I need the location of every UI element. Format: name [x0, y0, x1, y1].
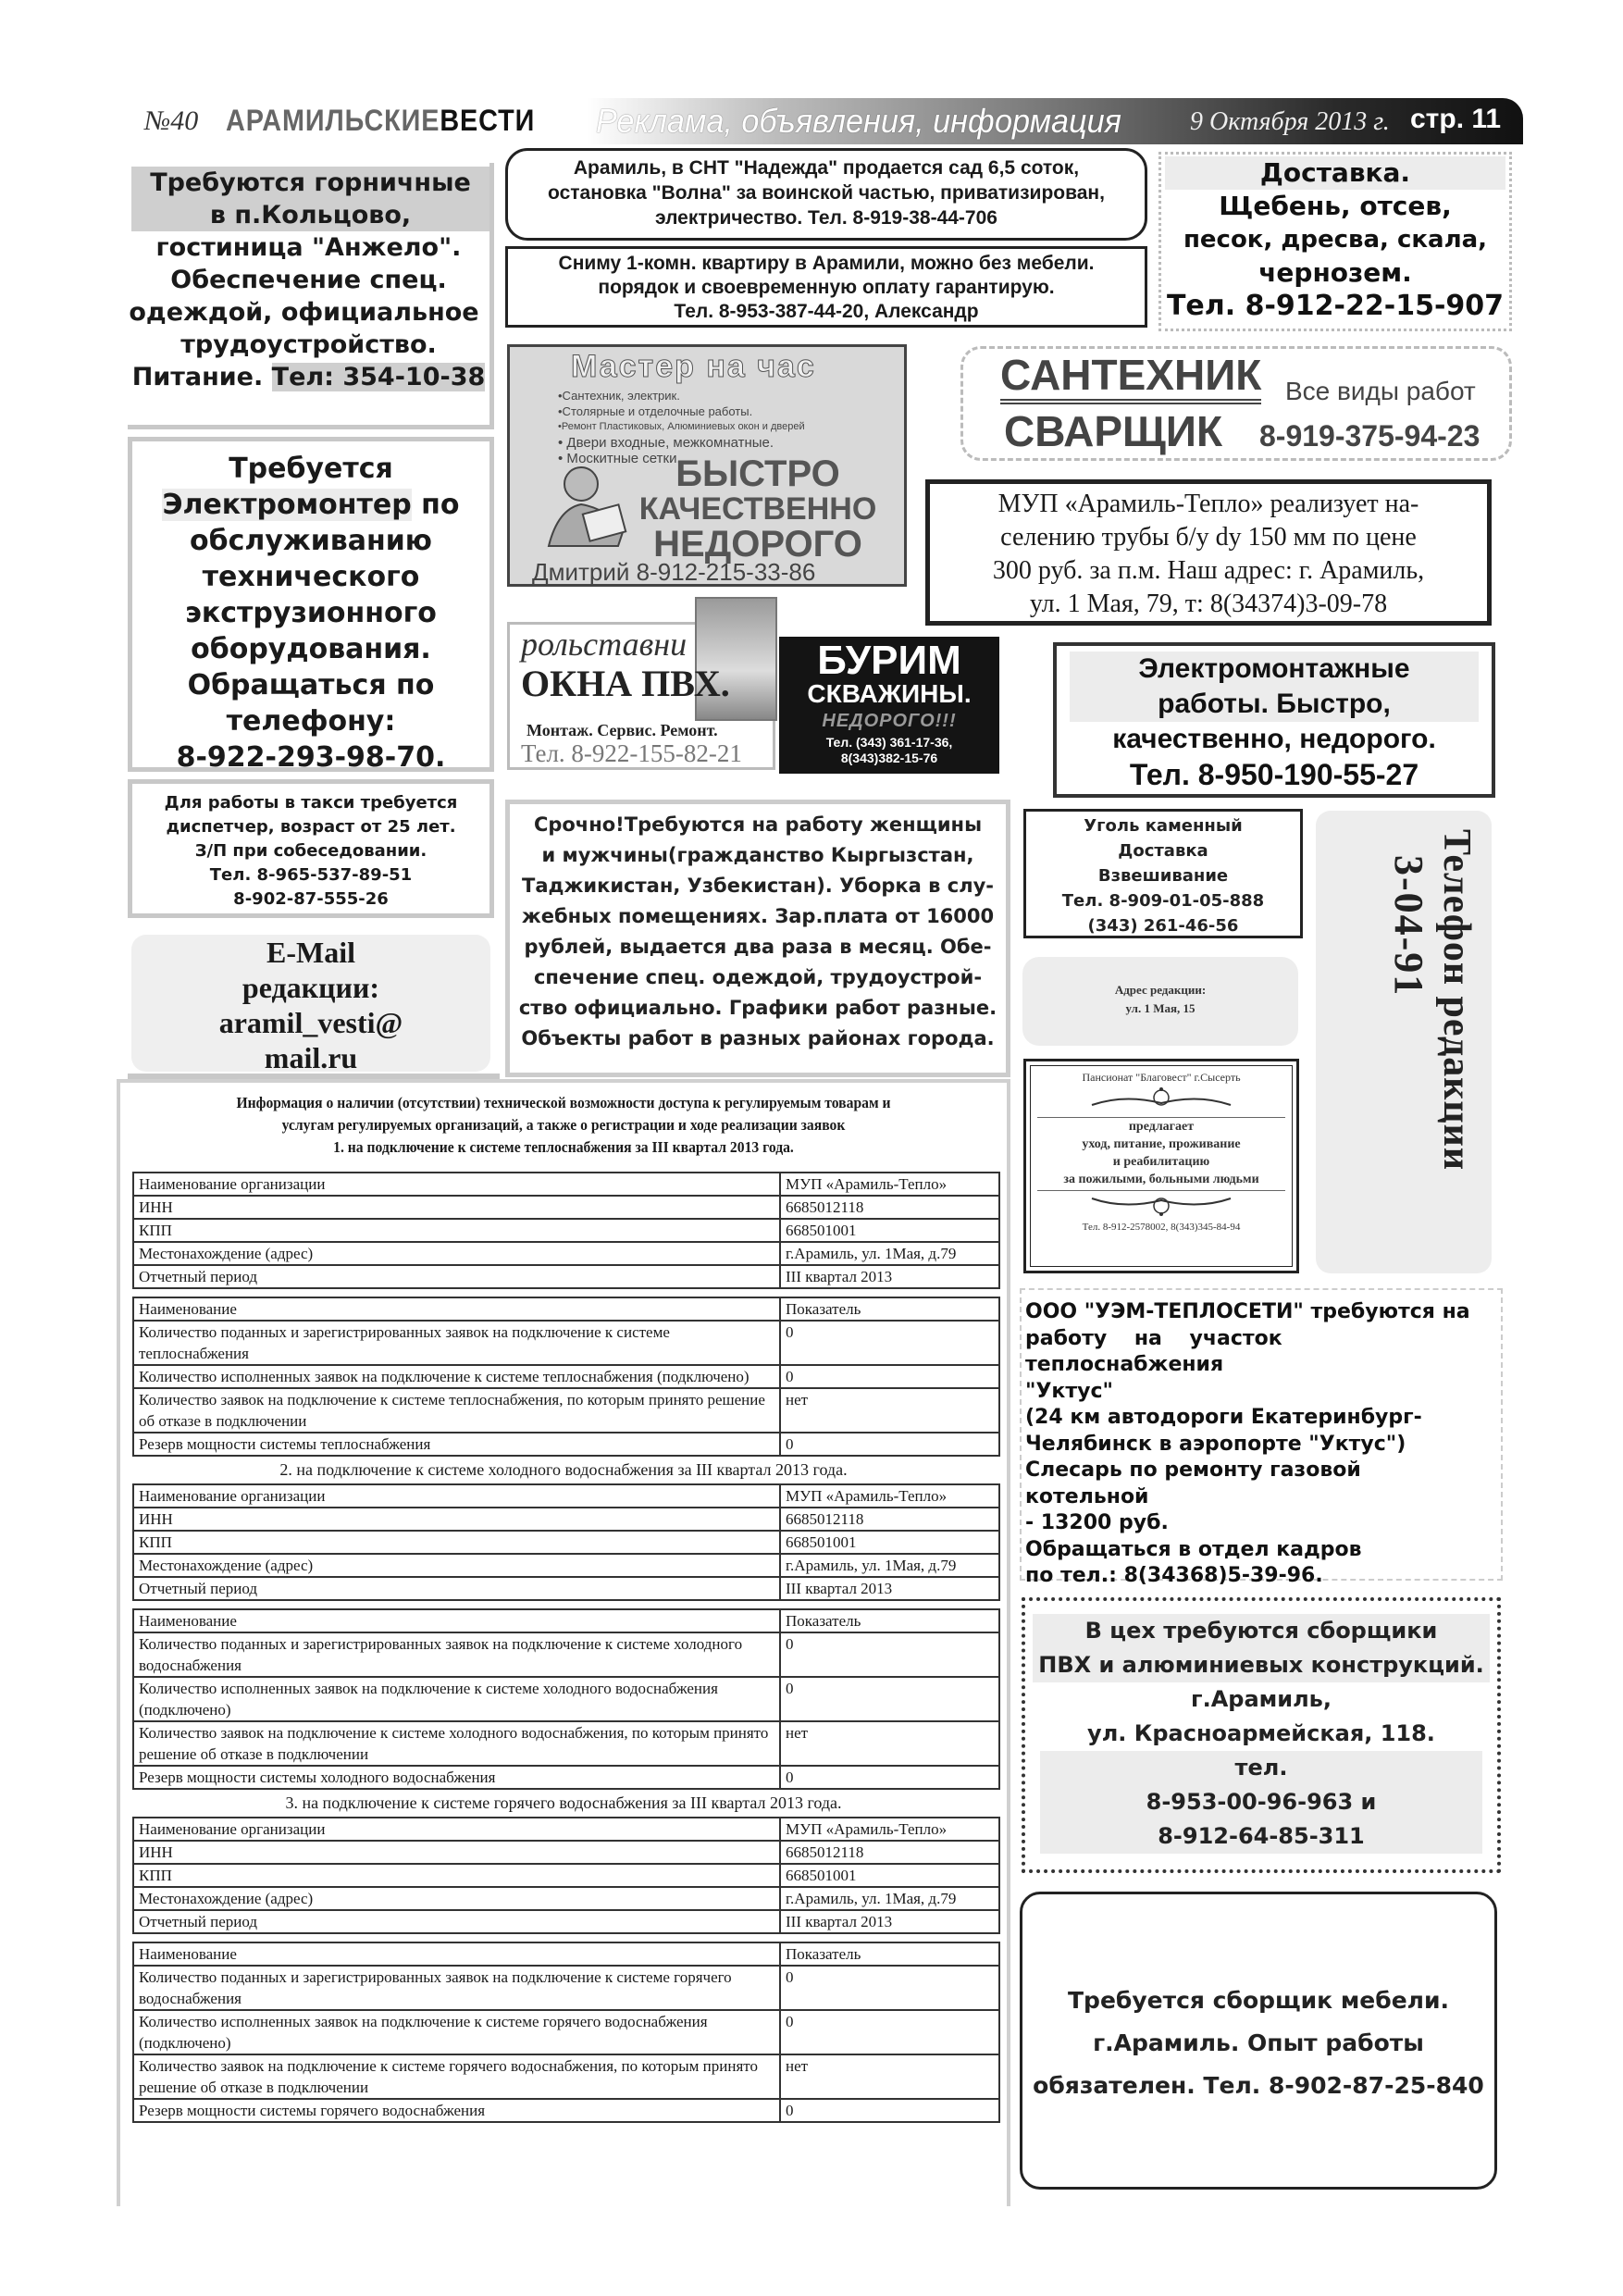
row-value: 668501001 — [780, 1864, 999, 1887]
row-value: МУП «Арамиль-Тепло» — [780, 1818, 999, 1841]
ad-line: ул. 1 Мая, 79, т: 8(34374)3-09-78 — [930, 588, 1487, 621]
ad-rent: Сниму 1-комн. квартиру в Арамили, можно … — [505, 246, 1147, 328]
ad-line: В цех требуются сборщики — [1033, 1614, 1490, 1648]
ad-line: ство официально. Графики работ разные. — [510, 993, 1006, 1024]
ad-coal: Уголь каменный Доставка Взвешивание Тел.… — [1023, 809, 1303, 938]
ad-line: Для работы в такси требуется — [132, 791, 489, 815]
ad-phone: Тел: 354-10-38 — [272, 363, 486, 391]
ad-line: и реабилитацию — [1026, 1153, 1296, 1171]
info-section: 3. на подключение к системе горячего вод… — [120, 1793, 1007, 2123]
row-value: 0 — [780, 1677, 999, 1721]
slogan-line: КАЧЕСТВЕННО — [610, 491, 906, 527]
row-label: Местонахождение (адрес) — [133, 1242, 780, 1265]
row-label: Количество заявок на подключение к систе… — [133, 1721, 780, 1766]
row-label: КПП — [133, 1864, 780, 1887]
row-label: Наименование — [133, 1942, 780, 1966]
ad-line: г.Арамиль. Опыт работы — [1022, 2022, 1494, 2065]
issue-date: 9 Октября 2013 г. — [1190, 107, 1390, 137]
table-row: Наименование организацииМУП «Арамиль-Теп… — [133, 1173, 999, 1196]
windows-services: Монтаж. Сервис. Ремонт. — [527, 721, 718, 740]
indicator-table: НаименованиеПоказательКоличество поданны… — [132, 1942, 1000, 2123]
ad-handyman: Мастер на час •Сантехник, электрик. •Сто… — [507, 344, 907, 587]
ad-phone: электричество. Тел. 8-919-38-44-706 — [508, 205, 1145, 230]
row-value: МУП «Арамиль-Тепло» — [780, 1173, 999, 1196]
ornament-icon — [1087, 1086, 1235, 1112]
ad-line: уход, питание, проживание — [1026, 1136, 1296, 1153]
service-item: • Двери входные, межкомнатные. — [558, 435, 805, 451]
ad-phone: 8-902-87-555-26 — [132, 887, 489, 912]
ad-phone: Тел. 8-912-22-15-907 — [1161, 290, 1509, 323]
row-value: 0 — [780, 1966, 999, 2010]
table-row: Местонахождение (адрес)г.Арамиль, ул. 1М… — [133, 1887, 999, 1910]
row-label: ИНН — [133, 1841, 780, 1864]
section-title: Реклама, объявления, информация — [596, 102, 1121, 141]
handyman-slogan: БЫСТРО КАЧЕСТВЕННО НЕДОРОГО — [610, 456, 906, 562]
ad-line: "Уктус" — [1025, 1379, 1497, 1406]
ad-phone: Тел. (343) 361-17-36, — [779, 735, 999, 751]
wells-title: БУРИМ — [779, 640, 999, 681]
table-row: ИНН6685012118 — [133, 1508, 999, 1531]
ad-line: трудоустройство. — [128, 329, 489, 361]
ad-mup-pipes: МУП «Арамиль-Тепло» реализует на- селени… — [925, 479, 1492, 626]
title-line: 1. на подключение к системе теплоснабжен… — [155, 1136, 971, 1159]
ad-line: редакции: — [131, 970, 490, 1005]
row-value: МУП «Арамиль-Тепло» — [780, 1484, 999, 1508]
ad-line: - 13200 руб. — [1025, 1510, 1497, 1537]
ad-line: Срочно!Требуются на работу женщины — [510, 810, 1006, 840]
ad-line: Электромонтажные — [1070, 652, 1479, 687]
ad-phone: Тел. 8-953-387-44-20, Александр — [508, 300, 1145, 324]
ad-line: Доставка — [1026, 838, 1300, 863]
ad-line: одеждой, официальное — [118, 296, 489, 329]
ad-line: рублей, выдается два раза в месяц. Обе- — [510, 932, 1006, 962]
row-value: 0 — [780, 1321, 999, 1365]
ad-line: оборудования. — [132, 631, 489, 667]
ad-text: по — [412, 489, 460, 521]
table-row: Количество заявок на подключение к систе… — [133, 2054, 999, 2099]
indicator-table: НаименованиеПоказательКоличество поданны… — [132, 1297, 1000, 1457]
plumber-phone: 8-919-375-94-23 — [1259, 419, 1480, 453]
ad-cleaning: Срочно!Требуются на работу женщины и муж… — [505, 800, 1010, 1077]
ad-pension: Пансионат "Благовест" г.Сысерть предлага… — [1023, 1059, 1299, 1273]
ad-line: Слесарь по ремонту газовой — [1025, 1458, 1497, 1484]
ad-line: З/П при собеседовании. — [132, 839, 489, 863]
row-label: Количество поданных и зарегистрированных… — [133, 1321, 780, 1365]
ad-phone: Тел. 8-950-190-55-27 — [1057, 757, 1492, 792]
ad-line: порядок и своевременную оплату гарантиру… — [508, 276, 1145, 300]
row-value: Показатель — [780, 1942, 999, 1966]
editorial-address: Адрес редакции: ул. 1 Мая, 15 — [1022, 957, 1298, 1046]
ad-line: жебных помещениях. Зар.плата от 16000 — [510, 901, 1006, 932]
row-value: 0 — [780, 1433, 999, 1456]
row-value: III квартал 2013 — [780, 1265, 999, 1288]
row-label: Количество исполненных заявок на подключ… — [133, 1677, 780, 1721]
ad-uem-teploseti: ООО "УЭМ-ТЕПЛОСЕТИ" требуются на работу … — [1020, 1288, 1503, 1581]
slogan-line: НЕДОРОГО — [610, 527, 906, 562]
row-value: 6685012118 — [780, 1508, 999, 1531]
ad-line: чернозем. — [1161, 256, 1509, 290]
wells-phones: Тел. (343) 361-17-36, 8(343)382-15-76 — [779, 735, 999, 766]
row-label: ИНН — [133, 1508, 780, 1531]
ad-windows: рольставни ОКНА ПВХ. Монтаж. Сервис. Рем… — [507, 622, 775, 770]
ad-line: экструзионного — [132, 595, 489, 631]
row-value: 668501001 — [780, 1219, 999, 1242]
info-section: Наименование организацииМУП «Арамиль-Теп… — [120, 1159, 1007, 1457]
ad-line: ПВХ и алюминиевых конструкций. — [1033, 1648, 1490, 1682]
ad-line: тел. — [1040, 1751, 1482, 1785]
address-value: ул. 1 Мая, 15 — [1022, 999, 1298, 1018]
ad-phone: 8-922-293-98-70. — [132, 739, 489, 776]
table-row: НаименованиеПоказатель — [133, 1942, 999, 1966]
ad-line: Уголь каменный — [1026, 813, 1300, 838]
row-value: нет — [780, 1388, 999, 1433]
ad-line: (24 км автодороги Екатеринбург- — [1025, 1405, 1497, 1432]
org-table: Наименование организацииМУП «Арамиль-Теп… — [132, 1172, 1000, 1289]
maids-highlight: Требуются горничные в п.Кольцово, — [131, 167, 489, 231]
title-line: услугам регулируемых организаций, а такж… — [155, 1114, 971, 1136]
table-row: Наименование организацииМУП «Арамиль-Теп… — [133, 1818, 999, 1841]
row-label: Наименование организации — [133, 1173, 780, 1196]
ad-phone: 8(343)382-15-76 — [779, 751, 999, 766]
ad-line: спечение спец. одеждой, трудоустрой- — [510, 962, 1006, 993]
row-value: 6685012118 — [780, 1196, 999, 1219]
ad-line: предлагает — [1026, 1118, 1296, 1136]
ad-line: Сниму 1-комн. квартиру в Арамили, можно … — [508, 252, 1145, 276]
wells-slogan: НЕДОРОГО!!! — [779, 707, 999, 735]
electro-highlight: Электромонтажные работы. Быстро, — [1070, 652, 1479, 722]
org-table: Наименование организацииМУП «Арамиль-Теп… — [132, 1817, 1000, 1934]
table-row: Отчетный периодIII квартал 2013 — [133, 1577, 999, 1600]
ad-line: в п.Кольцово, — [131, 199, 489, 231]
ad-line: котельной — [1025, 1484, 1497, 1511]
row-value: г.Арамиль, ул. 1Мая, д.79 — [780, 1242, 999, 1265]
row-value: 0 — [780, 1766, 999, 1789]
table-row: Отчетный периодIII квартал 2013 — [133, 1910, 999, 1933]
ad-line: Питание. Тел: 354-10-38 — [128, 361, 489, 393]
page-header: №40 АРАМИЛЬСКИЕВЕСТИ Реклама, объявления… — [124, 98, 1523, 144]
table-row: Местонахождение (адрес)г.Арамиль, ул. 1М… — [133, 1242, 999, 1265]
ad-line: диспетчер, возраст от 25 лет. — [132, 815, 489, 839]
ad-phone: (343) 261-46-56 — [1026, 913, 1300, 938]
table-row: КПП668501001 — [133, 1531, 999, 1554]
row-value: Показатель — [780, 1297, 999, 1321]
table-row: ИНН6685012118 — [133, 1841, 999, 1864]
ad-line: технического — [132, 559, 489, 595]
email-address[interactable]: aramil_vesti@ — [131, 1005, 490, 1040]
row-label: Местонахождение (адрес) — [133, 1887, 780, 1910]
ad-highlight: Электромонтер — [162, 489, 411, 521]
ad-maids: Требуются горничные в п.Кольцово, гостин… — [128, 163, 494, 429]
handyman-contact: Дмитрий 8-912-215-33-86 — [532, 558, 815, 587]
org-table: Наименование организацииМУП «Арамиль-Теп… — [132, 1483, 1000, 1601]
ad-line: Доставка. — [1165, 156, 1505, 190]
row-value: нет — [780, 1721, 999, 1766]
ad-phone: 8-953-00-96-963 и — [1040, 1785, 1482, 1819]
table-row: Количество поданных и зарегистрированных… — [133, 1966, 999, 2010]
service-item: •Сантехник, электрик. — [558, 388, 805, 403]
editorial-phone-box: Телефон редакции 3-04-91 — [1316, 811, 1492, 1273]
ad-garden: Арамиль, в СНТ "Надежда" продается сад 6… — [505, 148, 1147, 241]
regulatory-info: Информация о наличии (отсутствии) технич… — [117, 1079, 1010, 2206]
row-label: ИНН — [133, 1196, 780, 1219]
ad-phone: 8-912-64-85-311 — [1040, 1819, 1482, 1854]
row-label: Наименование организации — [133, 1484, 780, 1508]
ad-text: Питание. — [132, 363, 264, 391]
table-row: Количество заявок на подключение к систе… — [133, 1721, 999, 1766]
title-line: Информация о наличии (отсутствии) технич… — [155, 1092, 971, 1114]
ad-line: Обращаться по — [132, 667, 489, 703]
row-value: нет — [780, 2054, 999, 2099]
pension-header: Пансионат "Благовест" г.Сысерть — [1026, 1071, 1296, 1085]
ornament-icon — [1087, 1191, 1235, 1217]
table-row: Количество исполненных заявок на подключ… — [133, 1677, 999, 1721]
table-row: Местонахождение (адрес)г.Арамиль, ул. 1М… — [133, 1554, 999, 1577]
row-label: КПП — [133, 1219, 780, 1242]
ad-line: ООО "УЭМ-ТЕПЛОСЕТИ" требуются на — [1025, 1299, 1497, 1326]
ad-line: Щебень, отсев, — [1161, 190, 1509, 223]
table-row: Резерв мощности системы теплоснабжения0 — [133, 1433, 999, 1456]
row-label: Наименование — [133, 1609, 780, 1632]
ad-line: Требуются горничные — [131, 167, 489, 199]
ad-electro-works: Электромонтажные работы. Быстро, качеств… — [1053, 642, 1495, 798]
ad-line: Обеспечение спец. — [128, 264, 489, 296]
row-label: Количество заявок на подключение к систе… — [133, 2054, 780, 2099]
service-item: •Столярные и отделочные работы. — [558, 403, 805, 419]
row-label: Наименование — [133, 1297, 780, 1321]
row-label: Количество заявок на подключение к систе… — [133, 1388, 780, 1433]
ad-line: Объекты работ в разных районах города. — [510, 1024, 1006, 1054]
row-label: Отчетный период — [133, 1910, 780, 1933]
row-value: III квартал 2013 — [780, 1577, 999, 1600]
ad-line: работы. Быстро, — [1070, 687, 1479, 722]
masthead-bold: ВЕСТИ — [440, 104, 535, 137]
ad-line: обслуживанию — [132, 523, 489, 559]
table-row: НаименованиеПоказатель — [133, 1609, 999, 1632]
table-row: Резерв мощности системы горячего водосна… — [133, 2099, 999, 2122]
ad-line: Взвешивание — [1026, 863, 1300, 888]
row-value: 668501001 — [780, 1531, 999, 1554]
table-row: Отчетный периодIII квартал 2013 — [133, 1265, 999, 1288]
table-row: ИНН6685012118 — [133, 1196, 999, 1219]
plumber-note: Все виды работ — [1285, 377, 1476, 406]
page-number: стр. 11 — [1410, 104, 1501, 135]
ad-line: Требуется сборщик мебели. — [1022, 1980, 1494, 2022]
row-label: Количество исполненных заявок на подключ… — [133, 1365, 780, 1388]
table-row: Резерв мощности системы холодного водосн… — [133, 1766, 999, 1789]
info-title: Информация о наличии (отсутствии) технич… — [155, 1083, 971, 1159]
row-label: Количество поданных и зарегистрированных… — [133, 1632, 780, 1677]
windows-phone: Тел. 8-922-155-82-21 — [521, 739, 742, 768]
row-value: 6685012118 — [780, 1841, 999, 1864]
windows-script: рольставни — [521, 625, 687, 664]
handyman-title: Мастер на час — [571, 349, 816, 385]
wells-subtitle: СКВАЖИНЫ. — [779, 681, 999, 707]
ad-phone: по тел.: 8(34368)5-39-96. — [1025, 1563, 1497, 1590]
table-row: Количество исполненных заявок на подключ… — [133, 1365, 999, 1388]
row-value: г.Арамиль, ул. 1Мая, д.79 — [780, 1554, 999, 1577]
ad-line: Требуется — [132, 451, 489, 487]
ad-line: гостиница "Анжело". — [128, 231, 489, 264]
welder-title: СВАРЩИК — [1004, 408, 1222, 454]
ad-phone: Тел. 8-965-537-89-51 — [132, 863, 489, 887]
ad-line: 300 руб. за п.м. Наш адрес: г. Арамиль, — [930, 554, 1487, 588]
ad-line: песок, дресва, скала, — [1161, 223, 1509, 256]
ad-electrician-job: Требуется Электромонтер по обслуживанию … — [128, 437, 494, 772]
ad-line: Электромонтер по — [132, 487, 489, 523]
row-value: 0 — [780, 2099, 999, 2122]
ad-line: за пожилыми, больными людьми — [1026, 1171, 1296, 1188]
ad-pvc-workshop: В цех требуются сборщики ПВХ и алюминиев… — [1022, 1597, 1501, 1873]
masthead: АРАМИЛЬСКИЕВЕСТИ — [226, 104, 535, 138]
ad-line: Челябинск в аэропорте "Уктус") — [1025, 1432, 1497, 1458]
row-value: 0 — [780, 2010, 999, 2054]
pvc-phones: тел. 8-953-00-96-963 и 8-912-64-85-311 — [1040, 1751, 1482, 1854]
indicator-table: НаименованиеПоказательКоличество поданны… — [132, 1608, 1000, 1790]
table-row: Количество исполненных заявок на подключ… — [133, 2010, 999, 2054]
editorial-phone-rotated: Телефон редакции 3-04-91 — [1351, 829, 1481, 1255]
row-value: 0 — [780, 1365, 999, 1388]
masthead-light: АРАМИЛЬСКИЕ — [226, 104, 440, 137]
table-row: Количество заявок на подключение к систе… — [133, 1388, 999, 1433]
info-sections: Наименование организацииМУП «Арамиль-Теп… — [120, 1159, 1007, 2123]
row-label: Отчетный период — [133, 1577, 780, 1600]
ad-line: Арамиль, в СНТ "Надежда" продается сад 6… — [508, 155, 1145, 180]
table-row: НаименованиеПоказатель — [133, 1297, 999, 1321]
address-label: Адрес редакции: — [1022, 981, 1298, 999]
editorial-phone-number[interactable]: 3-04-91 — [1384, 855, 1432, 1255]
email-domain[interactable]: mail.ru — [131, 1040, 490, 1075]
row-label: Местонахождение (адрес) — [133, 1554, 780, 1577]
table-row: КПП668501001 — [133, 1864, 999, 1887]
ad-line: телефону: — [132, 703, 489, 739]
row-value: III квартал 2013 — [780, 1910, 999, 1933]
row-label: Наименование организации — [133, 1818, 780, 1841]
table-row: Количество поданных и зарегистрированных… — [133, 1632, 999, 1677]
editorial-email: E-Mail редакции: aramil_vesti@ mail.ru — [131, 935, 490, 1072]
table-row: Наименование организацииМУП «Арамиль-Теп… — [133, 1484, 999, 1508]
service-item: •Ремонт Пластиковых, Алюминиевых окон и … — [558, 419, 805, 435]
ad-line: E-Mail — [131, 935, 490, 970]
editorial-phone-label: Телефон редакции — [1432, 829, 1481, 1255]
ad-taxi: Для работы в такси требуется диспетчер, … — [128, 779, 494, 918]
pension-offer: предлагает уход, питание, проживание и р… — [1026, 1118, 1296, 1188]
ad-line: качественно, недорого. — [1057, 722, 1492, 757]
windows-title: ОКНА ПВХ. — [521, 662, 730, 705]
row-label: Резерв мощности системы теплоснабжения — [133, 1433, 780, 1456]
section-subtitle: 2. на подключение к системе холодного во… — [120, 1460, 1007, 1480]
pension-phones: Тел. 8-912-2578002, 8(343)345-84-94 — [1026, 1222, 1296, 1233]
ad-phone: обязателен. Тел. 8-902-87-25-840 — [1022, 2065, 1494, 2107]
pvc-highlight: В цех требуются сборщики ПВХ и алюминиев… — [1033, 1614, 1490, 1682]
ad-line: и мужчины(гражданство Кыргызстан, — [510, 840, 1006, 871]
table-row: Количество поданных и зарегистрированных… — [133, 1321, 999, 1365]
ad-line: работу на участок теплоснабжения — [1025, 1326, 1497, 1379]
row-value: Показатель — [780, 1609, 999, 1632]
ad-line: Обращаться в отдел кадров — [1025, 1537, 1497, 1564]
ad-line: Таджикистан, Узбекистан). Уборка в слу- — [510, 871, 1006, 901]
row-label: Количество исполненных заявок на подключ… — [133, 2010, 780, 2054]
row-label: Резерв мощности системы горячего водосна… — [133, 2099, 780, 2122]
issue-number: №40 — [144, 105, 198, 137]
row-label: Количество поданных и зарегистрированных… — [133, 1966, 780, 2010]
ad-line: селению трубы б/у dy 150 мм по цене — [930, 521, 1487, 554]
ad-furniture: Требуется сборщик мебели. г.Арамиль. Опы… — [1020, 1892, 1497, 2190]
section-subtitle: 3. на подключение к системе горячего вод… — [120, 1793, 1007, 1813]
row-label: Резерв мощности системы холодного водосн… — [133, 1766, 780, 1789]
row-value: 0 — [780, 1632, 999, 1677]
row-label: КПП — [133, 1531, 780, 1554]
plumber-title: САНТЕХНИК — [1000, 351, 1261, 404]
row-label: Отчетный период — [133, 1265, 780, 1288]
slogan-line: БЫСТРО — [610, 456, 906, 491]
ad-phone: Тел. 8-909-01-05-888 — [1026, 888, 1300, 913]
ad-wells: БУРИМ СКВАЖИНЫ. НЕДОРОГО!!! Тел. (343) 3… — [779, 637, 999, 774]
ad-gravel: Доставка. Щебень, отсев, песок, дресва, … — [1158, 152, 1512, 331]
ad-plumber: САНТЕХНИК СВАРЩИК Все виды работ 8-919-3… — [960, 346, 1512, 461]
info-section: 2. на подключение к системе холодного во… — [120, 1460, 1007, 1790]
ad-line: остановка "Волна" за воинской частью, пр… — [508, 180, 1145, 205]
table-row: КПП668501001 — [133, 1219, 999, 1242]
row-value: г.Арамиль, ул. 1Мая, д.79 — [780, 1887, 999, 1910]
ad-line: ул. Красноармейская, 118. — [1025, 1717, 1497, 1751]
ad-line: г.Арамиль, — [1025, 1682, 1497, 1717]
ad-line: МУП «Арамиль-Тепло» реализует на- — [930, 488, 1487, 521]
